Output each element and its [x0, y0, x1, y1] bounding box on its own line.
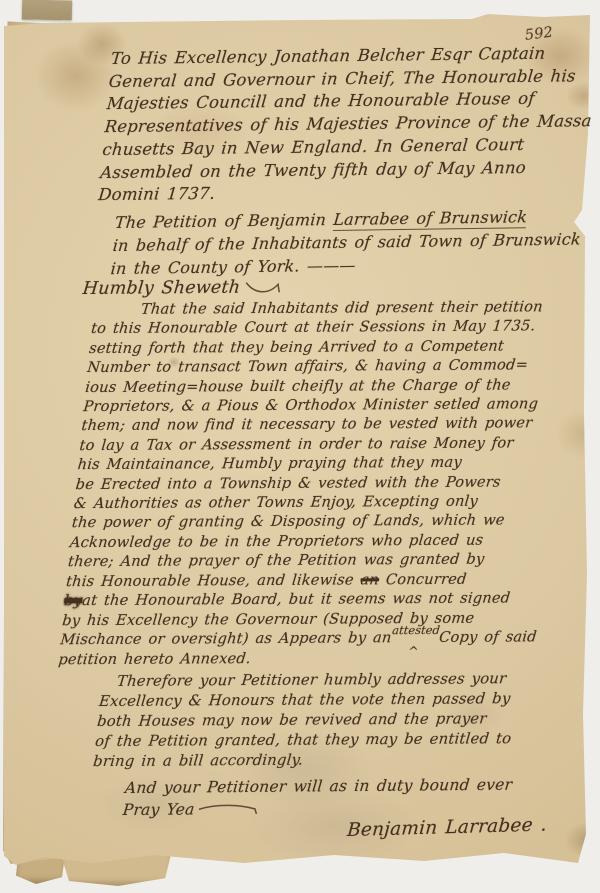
struck-word: an: [360, 571, 380, 588]
binding-tab: [22, 0, 72, 20]
petition-body: That the said Inhabitants did present th…: [57, 297, 570, 670]
struck-word: by: [63, 592, 83, 609]
salutation: Humbly Sheweth: [82, 274, 282, 299]
body-line: to lay a Tax or Assessment in order to r…: [79, 433, 557, 455]
body-line: them; and now find it necessary to be ve…: [81, 414, 559, 436]
pen-flourish-icon: [195, 801, 261, 824]
body-line: there; And the prayer of the Petition wa…: [67, 550, 545, 572]
body-line: byat the Honourable Board, but it seems …: [63, 588, 541, 610]
title-text: The Petition of Benjamin: [114, 210, 334, 232]
body-line: petition hereto Annexed.: [57, 648, 535, 670]
caret-mark: ^: [407, 642, 419, 661]
body-line: be Erected into a Township & vested with…: [75, 472, 553, 494]
body-text: the Honourable Board, but it seems was n…: [96, 590, 511, 610]
closing-line: of the Petition granted, that they may b…: [94, 729, 512, 752]
pen-flourish-icon: [243, 278, 285, 296]
petition-title: The Petition of Benjamin Larrabee of Bru…: [110, 204, 584, 280]
prayer-text: Pray Yea: [122, 800, 195, 819]
closing-line: bring in a bill accordingly.: [92, 749, 510, 772]
closing-paragraph: Therefore your Petitioner humbly address…: [92, 669, 518, 772]
prayer-line: And your Petitioner will as in duty boun…: [124, 775, 513, 799]
body-text: this Honourable House, and likewise: [65, 571, 361, 590]
prayer-clause: And your Petitioner will as in duty boun…: [122, 775, 513, 821]
page-number: 592: [524, 25, 554, 44]
body-text: Concurred: [378, 570, 467, 588]
underlined-name: Larrabee of Brunswick: [332, 207, 528, 231]
body-text: Copy of said: [438, 628, 537, 646]
body-line: to this Honourable Court at their Sessio…: [90, 317, 568, 339]
address-heading: To His Excellency Jonathan Belcher Esqr …: [97, 42, 599, 207]
manuscript-scan: t. tion d to r Con= ecords lerke 592 To …: [0, 0, 600, 893]
insertion: attested^: [391, 628, 441, 649]
body-line: Mischance or oversight) as Appears by an…: [59, 627, 537, 650]
body-text: Mischance or oversight) as Appears by an: [60, 629, 393, 648]
salutation-text: Humbly Sheweth: [82, 278, 241, 299]
body-line: Number to transact Town affairs, & havin…: [86, 355, 564, 377]
inserted-word: attested: [391, 621, 441, 641]
